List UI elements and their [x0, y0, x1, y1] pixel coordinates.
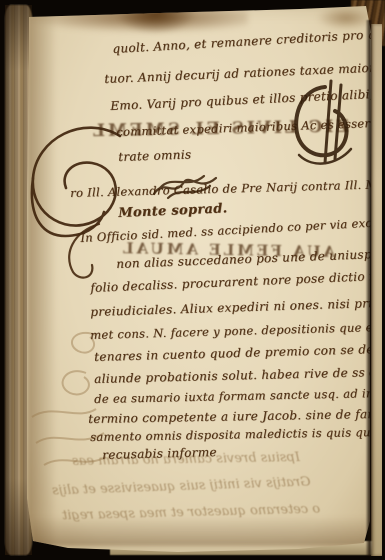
manuscript-photo: ZIC LIVIS EL SMEML AUA FEMLE AMUAL Ipsiu… — [0, 0, 385, 560]
in-officio-swash — [55, 220, 107, 282]
manuscript-line: non alias succedaneo pos une de uniusps. — [116, 247, 383, 271]
notary-mark — [289, 79, 359, 167]
manuscript-line: samento omnis disposita maledictis is qu… — [90, 424, 385, 444]
manuscript-line: preiudiciales. Aliux expediri ni ones. n… — [90, 295, 385, 319]
manuscript-line: tenares in cuento quod de premio con se … — [94, 340, 385, 364]
manuscript-line: recusabis informe — [102, 445, 217, 462]
manuscript-page: ZIC LIVIS EL SMEML AUA FEMLE AMUAL Ipsiu… — [0, 0, 385, 560]
manuscript-line: aliunde probationis solut. habea rive de… — [94, 364, 385, 386]
manuscript-line: de ea sumario iuxta formam sancte usq. a… — [94, 385, 385, 406]
next-page-sliver — [371, 24, 382, 556]
manuscript-line: met cons. N. facere y pone. depositionis… — [90, 318, 385, 342]
heading-correction-scribble — [150, 170, 225, 202]
manuscript-line: quolt. Anno, et remanere creditoris pro … — [112, 26, 385, 56]
manuscript-line: folio decaliss. procurarent nore pose di… — [90, 268, 385, 295]
page-gap-shadow — [366, 20, 372, 556]
manuscript-line: termino competente a iure Jacob. sine de… — [88, 406, 385, 426]
